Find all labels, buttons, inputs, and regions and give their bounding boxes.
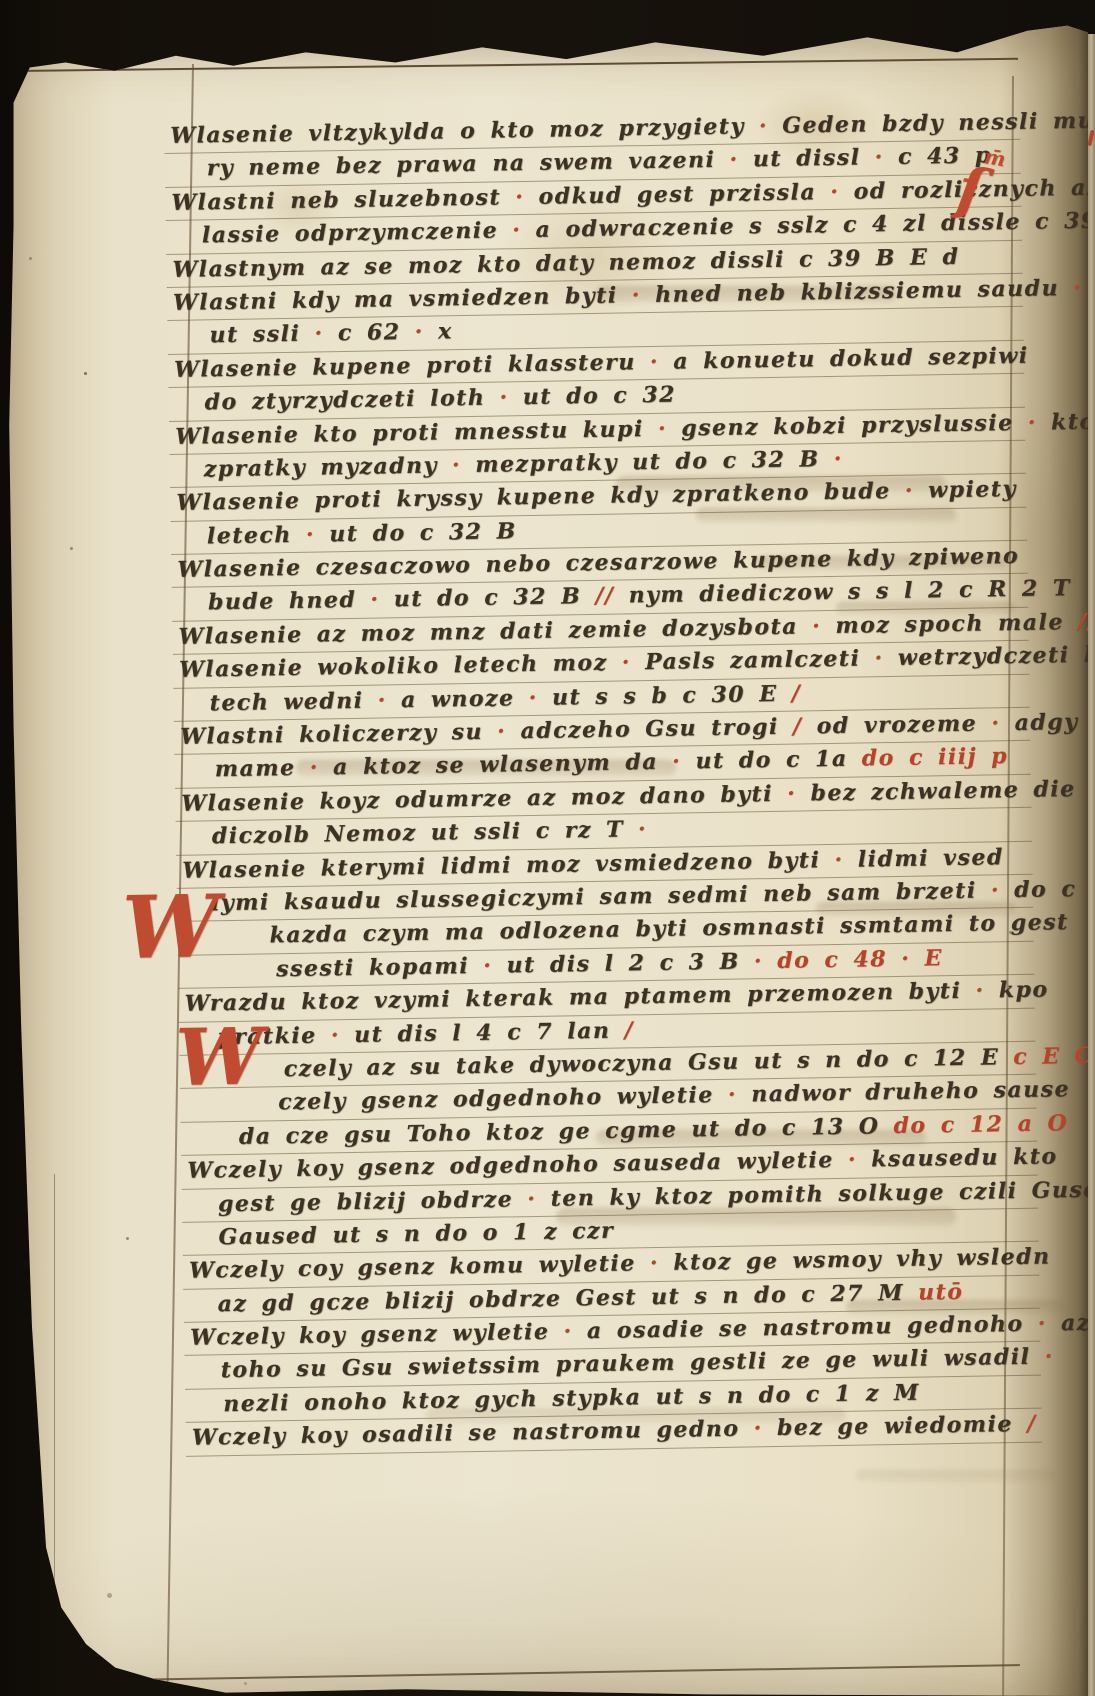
ink-text: Gaused ut s n do o 1 z czr xyxy=(218,1218,614,1251)
ink-text: bez ge wiedomie xyxy=(763,1411,1014,1441)
rubric-text: · do c 48 · E xyxy=(740,945,944,974)
ink-text: ut do c 1a xyxy=(681,746,848,775)
ink-text: ksausedu kto xyxy=(857,1143,1058,1172)
rubric-text: c E Czad xyxy=(999,1042,1095,1070)
red-initial-W-2: W xyxy=(175,1022,264,1094)
rubric-text: · xyxy=(715,147,739,173)
ruling-line-top xyxy=(16,58,1018,72)
show-through-smudge xyxy=(856,1470,1056,1482)
ink-text: Wlasenie koyz odumrze az moz dano byti xyxy=(181,781,773,817)
ink-text: moz spoch male xyxy=(821,609,1064,639)
ink-text: ktoz ge wsmoy vhy wsledn xyxy=(659,1244,1051,1276)
ink-text: x xyxy=(424,319,453,345)
ink-text: Pasls zamlczeti xyxy=(631,646,861,676)
rubric-text: // xyxy=(581,583,615,610)
text-block: W W Wlasenie vltzykylda o kto moz przygi… xyxy=(164,107,1042,1457)
ink-text: wetrzydczeti le xyxy=(883,642,1095,672)
ink-text: adczeho Gsu trogi xyxy=(506,714,779,745)
ink-text: Wczely koy osadili se nastromu gedno xyxy=(192,1416,740,1451)
ink-text: gsenz kobzi przyslussie xyxy=(667,409,1014,441)
rubric-text: · xyxy=(860,144,884,170)
ink-text: Wczely koy gsenz wyletie xyxy=(190,1319,550,1351)
ink-text: lidmi vsed xyxy=(843,844,1004,873)
ink-text: kpo xyxy=(984,977,1048,1004)
ink-text: Geden bzdy nessli mur xyxy=(768,107,1095,139)
rubric-text: · xyxy=(400,319,424,345)
ink-text: czely gsenz odgednoho wyletie xyxy=(278,1082,714,1115)
ink-text: kto xyxy=(1037,408,1095,435)
ink-text: od vrozeme xyxy=(802,711,977,740)
rubric-text: · xyxy=(773,780,797,806)
ink-text: hned neb kblizssiemu saudu xyxy=(641,275,1060,308)
ruling-line-bottom xyxy=(58,1664,1020,1682)
ink-text: bude hned xyxy=(208,587,357,615)
ink-text: ten ky ktoz pomith solkuge czili Gused xyxy=(536,1176,1095,1212)
rubric-text: utō xyxy=(904,1279,964,1306)
parchment-page: W W Wlasenie vltzykylda o kto moz przygi… xyxy=(6,24,1088,1696)
ink-text: ut ssli xyxy=(209,321,300,349)
ink-text: adgy xyxy=(1000,709,1078,736)
rubric-text: do c 12 a O xyxy=(879,1110,1068,1139)
rubric-text: · xyxy=(636,349,660,375)
ruling-line-left-outer xyxy=(54,1174,55,1689)
ink-text: nadwor druheho sause xyxy=(737,1076,1070,1108)
ink-text: ut do c 32 B xyxy=(315,518,517,547)
rubric-text: · xyxy=(1030,1344,1054,1370)
ink-text: mezpratky ut do c 32 B xyxy=(461,446,820,478)
rubric-text: · xyxy=(617,282,641,308)
rubric-text: · xyxy=(498,217,522,243)
rubric-text: · xyxy=(356,587,380,613)
ink-text: zpratky myzadny xyxy=(204,452,438,482)
rubric-text: · xyxy=(300,321,324,347)
rubric-text: · xyxy=(890,478,914,504)
ink-text: ry neme bez prawa na swem vazeni xyxy=(207,147,716,181)
ink-text: a konuetu dokud sezpiwi xyxy=(659,342,1029,374)
ink-text: az xyxy=(1047,1310,1091,1337)
rubric-text: · xyxy=(644,415,668,441)
rubric-text: · xyxy=(607,650,631,676)
rubric-text: / xyxy=(779,714,803,740)
rubric-text: · xyxy=(658,749,682,775)
rubric-text: · xyxy=(485,384,509,410)
rubric-text: · xyxy=(976,877,1000,903)
ink-text: lassie odprzymczenie xyxy=(202,218,499,249)
ink-text: letech xyxy=(207,522,292,549)
rubric-text: / xyxy=(1013,1411,1037,1437)
red-initial-W-1: W xyxy=(122,888,220,967)
ink-text: a osadie se nastromu gednoho xyxy=(573,1311,1024,1344)
rubric-paragraph-mark: ſm̄ xyxy=(954,159,1009,224)
ink-text: ut s s b c 30 E xyxy=(538,681,778,711)
ink-text: Wlasenie wokoliko letech moz xyxy=(179,650,608,683)
rubric-text: · xyxy=(295,755,319,781)
rubric-text: · xyxy=(833,1147,857,1173)
book-photo: W W Wlasenie vltzykylda o kto moz przygi… xyxy=(0,0,1095,1696)
rubric-text: · xyxy=(745,113,769,139)
rubric-text: do c iiij p xyxy=(847,744,1008,773)
ink-text: ut do c 32 B xyxy=(379,584,581,613)
rubric-text: · xyxy=(514,685,538,711)
ink-text: Wlastni neb sluzebnost xyxy=(171,184,501,215)
ink-text: Wlastni kdy ma vsmiedzen byti xyxy=(173,282,618,315)
rubric-text: · xyxy=(798,613,822,639)
rubric-text: · xyxy=(961,978,985,1004)
rubric-text: · xyxy=(636,1250,660,1276)
rubric-text: · xyxy=(977,710,1001,736)
rubric-text: · xyxy=(1013,409,1037,435)
rubric-text: · xyxy=(469,952,493,978)
ink-text: ut do c 32 xyxy=(508,382,676,411)
ink-text: do ztyrzydczeti loth xyxy=(204,385,485,416)
rubric-text: · xyxy=(819,446,843,472)
ink-text: do c 22 l xyxy=(1000,875,1095,903)
rubric-text: · xyxy=(820,846,844,872)
ink-text: mame xyxy=(215,755,296,782)
ink-text: c 62 xyxy=(323,319,400,346)
rubric-text: · xyxy=(739,1415,763,1441)
ink-text: ssesti kopami xyxy=(276,953,469,982)
ink-text: Wlasenie vltzykylda o kto moz przygiety xyxy=(170,113,745,149)
ink-text: ut dis l 4 c 7 lan xyxy=(340,1017,611,1047)
rubric-text: · xyxy=(714,1082,738,1108)
rubric-text: / xyxy=(610,1017,634,1043)
ink-text: Wczely coy gsenz komu wyletie xyxy=(189,1251,636,1284)
rubric-paragraph-mark-sup: m̄ xyxy=(983,144,1008,171)
ink-text: a ktoz se wlasenym da xyxy=(319,749,659,781)
ink-text: wpiety xyxy=(914,476,1017,504)
rubric-text: · xyxy=(549,1318,573,1344)
rubric-text: · xyxy=(624,816,648,842)
rubric-text: · xyxy=(1059,275,1083,301)
rubric-text: · xyxy=(292,521,316,547)
ink-specks xyxy=(84,372,87,375)
ink-text: ut dissl xyxy=(738,145,860,173)
rubric-text: · xyxy=(438,452,462,478)
rubric-text: / xyxy=(777,680,801,706)
rubric-text: · xyxy=(501,184,525,210)
ink-text: Wlasenie kto proti mnesstu kupi xyxy=(175,416,644,450)
ink-text: odkud gest przissla xyxy=(524,179,816,210)
ink-text: tech wedni xyxy=(209,687,363,716)
ink-text: gest ge blizij obdrze xyxy=(218,1186,514,1217)
ink-text: a wnoze xyxy=(387,685,515,713)
ink-text: diczolb Nemoz ut ssli c rz T xyxy=(212,817,624,850)
rubric-text: · xyxy=(483,718,507,744)
ink-text: bez zchwaleme die xyxy=(796,776,1076,807)
rubric-text: · xyxy=(363,687,387,713)
ink-text: Wlastni koliczerzy su xyxy=(180,719,483,750)
ink-text: ut dis l 2 c 3 B xyxy=(492,948,740,978)
rubric-text: · xyxy=(316,1022,340,1048)
ink-text: Wlasenie kupene proti klassteru xyxy=(174,349,636,383)
rubric-text: · xyxy=(860,645,884,671)
ink-text: nym diediczow s s l 2 c R 2 T xyxy=(614,576,1071,610)
edge-red-mark xyxy=(1087,130,1094,146)
rubric-text: · xyxy=(1023,1311,1047,1337)
rubric-text: · xyxy=(816,179,840,205)
rubric-text: · xyxy=(513,1185,537,1211)
